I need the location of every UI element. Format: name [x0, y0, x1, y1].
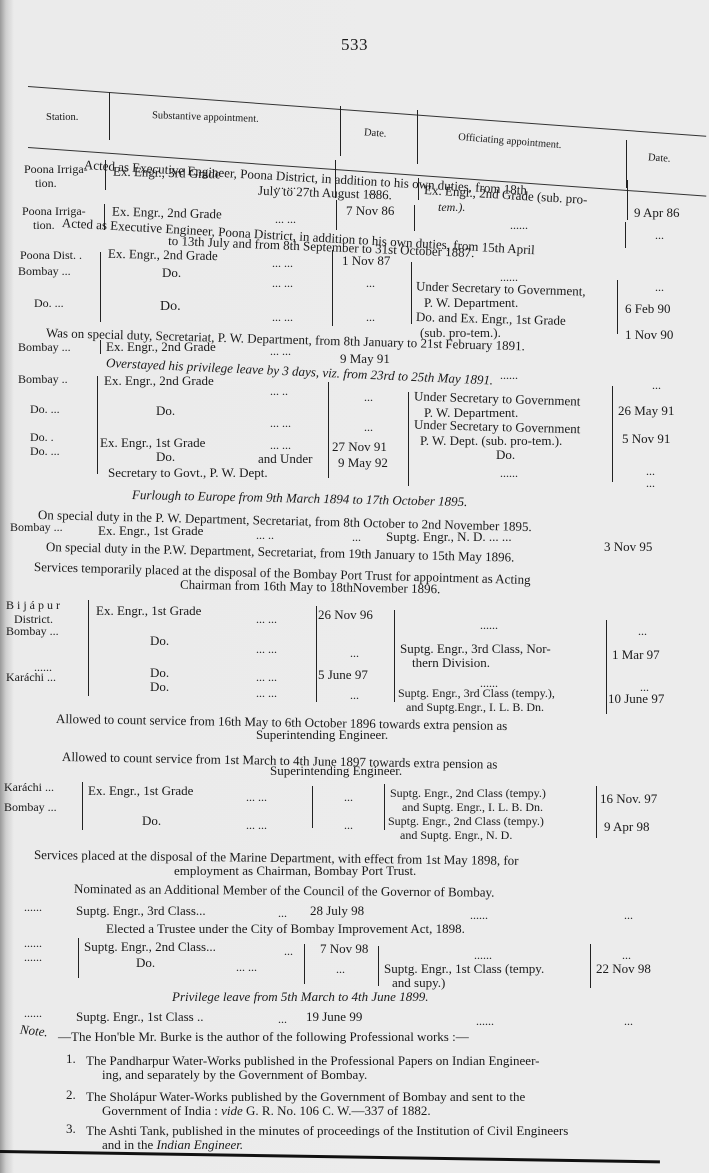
work-text-italic: Indian Engineer.	[157, 1137, 244, 1152]
service-note: Superintending Engineer.	[256, 728, 388, 742]
substantive-appointment: Do.	[142, 814, 161, 828]
dots: ... ..	[256, 528, 274, 542]
service-note: Nominated as an Additional Member of the…	[74, 882, 495, 900]
substantive-appointment: Ex. Engr., 1st Grade	[100, 436, 205, 450]
substantive-appointment: Ex. Engr., 2nd Grade	[104, 374, 214, 388]
date: 1 Nov 87	[342, 254, 390, 268]
column-divider	[384, 784, 385, 830]
station: Karáchi ...	[6, 670, 56, 684]
column-divider	[394, 610, 395, 702]
service-note: employment as Chairman, Bombay Port Trus…	[174, 864, 416, 878]
dots: ... ...	[270, 344, 291, 358]
column-divider	[328, 382, 329, 478]
officiating-appointment: P. W. Dept. (sub. pro-tem.).	[420, 434, 562, 448]
substantive-appointment: Do.	[150, 680, 169, 694]
officiating-date: ...	[624, 1014, 633, 1028]
officiating-date: ...	[646, 476, 655, 490]
officiating-appointment: and Suptg. Engr., N. D.	[400, 828, 512, 842]
column-divider	[100, 252, 101, 322]
header-station: Station.	[46, 112, 78, 123]
substantive-appointment: Ex. Engr., 2nd Grade	[108, 247, 218, 263]
substantive-appointment: Suptg. Engr., 3rd Class...	[76, 904, 206, 918]
service-note-italic: Furlough to Europe from 9th March 1894 t…	[132, 488, 468, 509]
dots: ... ...	[246, 790, 267, 804]
header-officiating: Officiating appointment.	[458, 132, 562, 151]
substantive-appointment: Suptg. Engr., 2nd Class...	[84, 940, 216, 954]
dots: ...	[284, 944, 293, 958]
header-divider	[109, 92, 110, 140]
officiating-appointment: ......	[470, 908, 488, 922]
officiating-date: 9 Apr 86	[634, 206, 680, 220]
column-divider	[100, 340, 101, 354]
dots: ... ...	[272, 310, 293, 324]
substantive-appointment: Ex. Engr., 1st Grade	[96, 604, 201, 618]
officiating-appointment: Suptg. Engr., 1st Class (tempy.	[384, 962, 544, 976]
officiating-appointment: Suptg. Engr., 2nd Class (tempy.)	[388, 814, 544, 828]
work-text: ing, and separately by the Government of…	[102, 1068, 367, 1082]
station: B i j á p u r	[6, 598, 60, 612]
officiating-appointment: Do.	[496, 448, 515, 462]
service-note: Chairman from 16th May to 18thNovember 1…	[180, 578, 441, 597]
officiating-date: 3 Nov 95	[604, 540, 652, 554]
dots: ... ...	[272, 276, 293, 290]
dots: ... ...	[272, 256, 293, 270]
work-text: and in the Indian Engineer.	[102, 1138, 243, 1152]
officiating-appointment: ......	[510, 218, 528, 232]
station: Bombay ...	[10, 520, 63, 534]
officiating-date: ...	[652, 378, 661, 392]
officiating-date: ...	[624, 908, 633, 922]
station: Do. .	[30, 430, 54, 444]
substantive-appointment: Secretary to Govt., P. W. Dept.	[108, 466, 268, 480]
dots: ... ...	[256, 670, 277, 684]
dots: ...	[278, 906, 287, 920]
date: 27 Nov 91	[332, 440, 387, 454]
substantive-appointment: Ex. Engr., 2nd Grade	[106, 340, 216, 354]
date: 5 June 97	[318, 668, 368, 682]
substantive-appointment: Suptg. Engr., 1st Class ..	[76, 1010, 204, 1024]
dots: ... ...	[275, 212, 296, 226]
station: Bombay ...	[4, 800, 57, 814]
substantive-appointment: Do.	[150, 634, 169, 648]
officiating-appointment: ......	[474, 948, 492, 962]
dots: ... ...	[256, 612, 277, 626]
column-divider	[336, 200, 337, 230]
officiating-appointment: and Suptg.Engr., I. L. B. Dn.	[406, 700, 544, 714]
date: ...	[350, 646, 359, 660]
dots: ... ...	[246, 818, 267, 832]
column-divider	[378, 946, 379, 986]
station: Bombay ..	[18, 372, 68, 386]
note-intro: —The Hon'ble Mr. Burke is the author of …	[58, 1030, 469, 1044]
header-officiating-date: Date.	[648, 152, 671, 165]
officiating-date: 26 May 91	[618, 404, 674, 418]
dots: ... ...	[256, 686, 277, 700]
work-text: The Sholápur Water-Works published by th…	[86, 1090, 525, 1104]
work-number: 1.	[66, 1052, 76, 1066]
work-text-italic: vide	[221, 1103, 243, 1118]
officiating-appointment: thern Division.	[412, 656, 490, 670]
station: Karáchi ...	[4, 780, 54, 794]
substantive-appointment: Do.	[150, 666, 169, 680]
header-divider	[340, 106, 341, 156]
station: ......	[24, 950, 42, 964]
officiating-appointment: ......	[476, 1014, 494, 1028]
date: 19 June 99	[306, 1010, 362, 1024]
column-divider	[627, 180, 628, 220]
document-page: 533 Station. Substantive appointment. Da…	[0, 0, 709, 1173]
column-divider	[606, 620, 607, 714]
dots: ... ...	[256, 642, 277, 656]
officiating-date: 10 June 97	[608, 692, 664, 706]
date: ...	[350, 688, 359, 702]
column-divider	[408, 392, 409, 486]
substantive-appointment: Do.	[156, 450, 175, 464]
officiating-appointment: Suptg. Engr., 3rd Class (tempy.),	[398, 686, 555, 700]
officiating-appointment: ......	[500, 466, 518, 480]
service-note-italic: Privilege leave from 5th March to 4th Ju…	[172, 990, 428, 1004]
station: Do. ...	[30, 444, 60, 458]
substantive-appointment: and Under	[258, 452, 313, 466]
work-text: The Pandharpur Water-Works published in …	[86, 1054, 539, 1068]
work-text: Government of India : vide G. R. No. 106…	[102, 1104, 431, 1118]
date: ...	[344, 818, 353, 832]
station: Poona Dist. .	[20, 248, 82, 262]
officiating-date: 1 Mar 97	[612, 648, 660, 662]
column-divider	[332, 250, 333, 326]
officiating-appointment: ......	[480, 618, 498, 632]
service-note: Elected a Trustee under the City of Bomb…	[106, 922, 465, 936]
date: 7 Nov 86	[346, 204, 394, 218]
header-divider	[417, 110, 418, 164]
column-divider	[612, 386, 613, 482]
officiating-appointment: ......	[500, 368, 518, 382]
officiating-appointment: P. W. Department.	[424, 296, 518, 310]
service-note: Superintending Engineer.	[270, 764, 402, 778]
date: ...	[364, 390, 373, 404]
station: ......	[24, 1006, 42, 1020]
column-divider	[82, 782, 83, 830]
work-text: G. R. No. 106 C. W.—337 of 1882.	[243, 1103, 431, 1118]
date: 28 July 98	[310, 904, 364, 918]
column-divider	[617, 280, 618, 334]
dots: ... ..	[270, 384, 288, 398]
station: ......	[24, 900, 42, 914]
column-divider	[411, 262, 412, 324]
column-divider	[414, 205, 415, 231]
officiating-date: ...	[638, 624, 647, 638]
date: 9 May 92	[338, 456, 388, 470]
substantive-appointment: Do.	[156, 404, 175, 418]
date: ...	[366, 310, 375, 324]
officiating-date: 1 Nov 90	[625, 328, 673, 342]
column-divider	[88, 600, 89, 696]
bottom-rule	[0, 1150, 660, 1163]
column-divider	[304, 944, 305, 984]
officiating-date: 6 Feb 90	[625, 302, 671, 316]
date: ...	[366, 276, 375, 290]
station: Poona Irriga-	[24, 162, 88, 176]
station: tion.	[33, 218, 55, 232]
officiating-date: ...	[655, 228, 664, 242]
page-number: 533	[0, 35, 709, 55]
work-text: and in the	[102, 1137, 157, 1152]
date: ...	[344, 790, 353, 804]
officiating-date: 16 Nov. 97	[600, 792, 657, 806]
column-divider	[590, 944, 591, 988]
date: ...	[364, 420, 373, 434]
officiating-date: ...	[622, 948, 631, 962]
officiating-date: 22 Nov 98	[596, 962, 651, 976]
column-divider	[625, 222, 626, 248]
date: 26 Nov 96	[318, 608, 373, 622]
station: Do. ...	[34, 296, 64, 310]
officiating-date: 9 Apr 98	[604, 820, 650, 834]
station: Bombay ...	[18, 264, 71, 278]
station: ......	[24, 936, 42, 950]
column-divider	[97, 376, 98, 474]
substantive-appointment: Do.	[160, 300, 181, 314]
officiating-appointment: and supy.)	[392, 976, 445, 990]
header-date: Date.	[364, 127, 387, 140]
date: 9 May 91	[340, 352, 390, 366]
substantive-appointment: Ex. Engr., 1st Grade	[98, 524, 203, 538]
column-divider	[312, 786, 313, 828]
work-number: 3.	[66, 1122, 76, 1136]
dots: ... ...	[270, 416, 291, 430]
dots: ... ...	[236, 960, 257, 974]
officiating-appointment: tem.).	[438, 200, 465, 214]
substantive-appointment: Do.	[136, 956, 155, 970]
officiating-appointment: and Suptg. Engr., I. L. B. Dn.	[402, 800, 543, 814]
date: ...	[336, 962, 345, 976]
note-label: Note.	[19, 1023, 48, 1040]
station: Bombay ...	[6, 624, 59, 638]
column-divider	[316, 606, 317, 702]
officiating-date: ...	[655, 280, 664, 294]
substantive-appointment: Ex. Engr., 1st Grade	[88, 784, 193, 798]
substantive-appointment: Do.	[162, 266, 181, 280]
column-divider	[596, 786, 597, 838]
service-note: July to 27th August 1886.	[258, 184, 392, 203]
officiating-appointment: Suptg. Engr., 2nd Class (tempy.)	[390, 786, 546, 800]
dots: ...	[278, 1012, 287, 1026]
station: Bombay ...	[18, 340, 71, 354]
date: ...	[352, 530, 361, 544]
officiating-appointment: Suptg. Engr., 3rd Class, Nor-	[400, 642, 551, 656]
station: tion.	[35, 176, 57, 190]
work-number: 2.	[66, 1088, 76, 1102]
date: 7 Nov 98	[320, 942, 368, 956]
header-substantive: Substantive appointment.	[152, 110, 259, 125]
dots: ... ...	[270, 438, 291, 452]
officiating-date: 5 Nov 91	[622, 432, 670, 446]
column-divider	[78, 938, 79, 978]
station: Do. ...	[30, 402, 60, 416]
work-text: The Ashti Tank, published in the minutes…	[86, 1124, 568, 1138]
officiating-appointment: Suptg. Engr., N. D. ... ...	[386, 530, 512, 544]
work-text: Government of India :	[102, 1103, 221, 1118]
